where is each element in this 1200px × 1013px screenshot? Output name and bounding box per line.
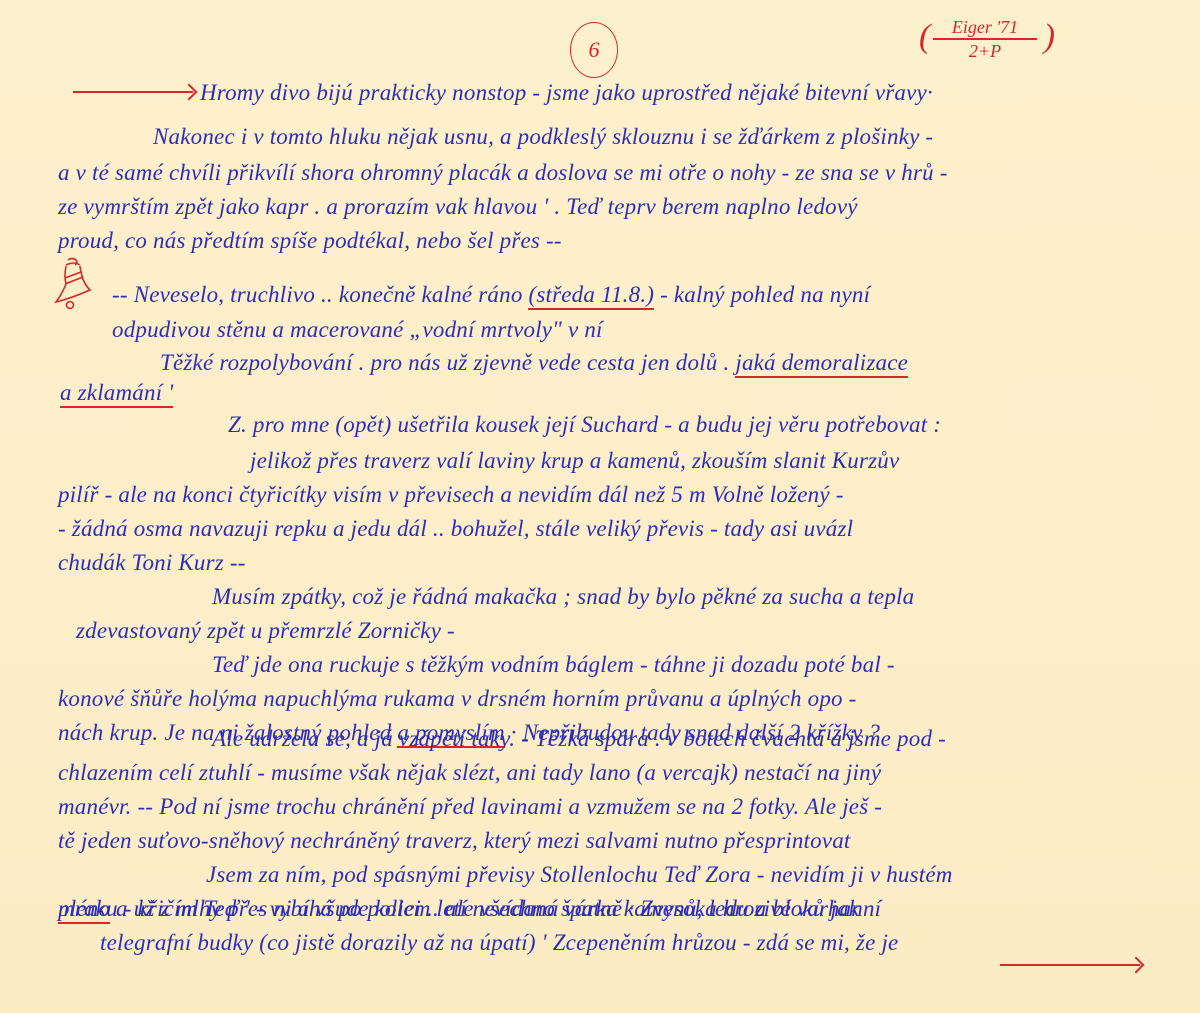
text-line-4: ze vymrštím zpět jako kapr . a prorazím … [58, 194, 858, 220]
text-line-5: proud, co nás předtím spíše podtékal, ne… [58, 228, 562, 254]
arrow-right-icon [73, 91, 193, 93]
text-line-18: konové šňůře holýma napuchlýma rukama v … [58, 686, 857, 712]
corner-annotation: ( Eiger '71 2+P ) [925, 18, 1045, 60]
bell-icon [52, 256, 96, 312]
text-line-21: chlazením celí ztuhlí - musíme však něja… [58, 760, 881, 786]
text-line-22: manévr. -- Pod ní jsme trochu chránění p… [58, 794, 882, 820]
text-line-6: -- Neveselo, truchlivo .. konečně kalné … [112, 282, 870, 308]
text-line-12: pilíř - ale na konci čtyřicítky visím v … [58, 482, 844, 508]
paren-left: ( [919, 20, 930, 54]
text-line-3: a v té samé chvíli přikvílí shora ohromn… [58, 160, 948, 186]
underlined-pleno: pléno [58, 896, 110, 924]
page-number: 6 [589, 37, 600, 63]
text-line-23: tě jeden suťovo-sněhový nechráněný trave… [58, 828, 851, 854]
text-line-14: chudák Toni Kurz -- [58, 550, 246, 576]
page-number-circle: 6 [570, 22, 618, 78]
text-line-8: Těžké rozpolybování . pro nás už zjevně … [160, 350, 908, 376]
text-line-11: jelikož přes traverz valí laviny krup a … [250, 448, 899, 474]
text-line-7: odpudivou stěnu a macerované „vodní mrtv… [112, 317, 603, 343]
underlined-demoralization: jaká demoralizace [735, 350, 908, 378]
line-6-prefix: -- Neveselo, truchlivo .. konečně kalné … [112, 282, 528, 307]
annotation-denominator: 2+P [925, 40, 1045, 60]
text-line-2: Nakonec i v tomto hluku nějak usnu, a po… [153, 124, 933, 150]
text-line-1: Hromy divo bijú prakticky nonstop - jsme… [200, 80, 933, 106]
text-line-16: zdevastovaný zpět u přemrzlé Zorničky - [76, 618, 455, 644]
text-line-9: a zklamání ' [60, 380, 173, 406]
text-line-24: Jsem za ním, pod spásnými převisy Stolle… [206, 862, 953, 888]
underlined-date: (středa 11.8.) [528, 282, 654, 310]
text-line-13: - žádná osma navazuji repku a jedu dál .… [58, 516, 853, 542]
underlined-disappointment: a zklamání ' [60, 380, 173, 408]
text-line-17: Teď jde ona ruckuje s těžkým vodním bágl… [212, 652, 895, 678]
paren-right: ) [1044, 20, 1055, 54]
line-26-suffix: a už z mlhy přes ni a všude kolem letí n… [110, 896, 859, 921]
arrow-right-icon [1000, 964, 1140, 966]
text-line-20: Ale udržela se, a já vzápětí taky. - Těž… [212, 726, 946, 752]
text-line-10: Z. pro mne (opět) ušetřila kousek její S… [228, 412, 941, 438]
line-6-suffix: - kalný pohled na nyní [654, 282, 870, 307]
text-line-26: pléno a už z mlhy přes ni a všude kolem … [58, 896, 859, 922]
handwritten-page: 6 ( Eiger '71 2+P ) Hromy divo bijú prak… [0, 0, 1200, 1013]
annotation-numerator: Eiger '71 [933, 18, 1037, 40]
text-line-27: telegrafní budky (co jistě dorazily až n… [100, 930, 898, 956]
line-8-prefix: Těžké rozpolybování . pro nás už zjevně … [160, 350, 735, 375]
text-line-15: Musím zpátky, což je řádná makačka ; sna… [212, 584, 914, 610]
